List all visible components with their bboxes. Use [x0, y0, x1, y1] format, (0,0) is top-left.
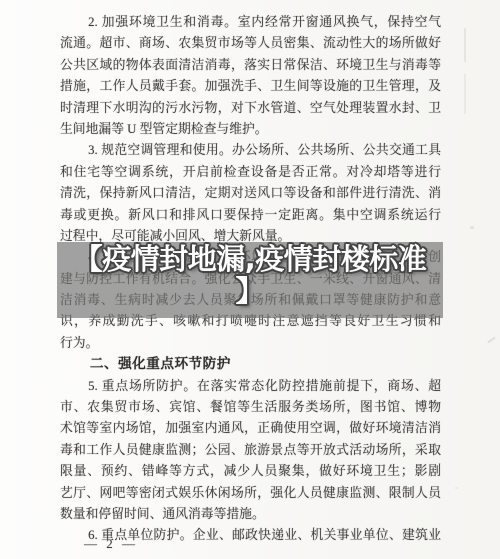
doc-line: 毒或更换。新风口和排风口要保持一定距离。集中空调系统运行 [60, 205, 441, 226]
doc-line: 市、农集贸市场、宾馆、餐馆等生活服务类场所，图书馆、博物馆、美 [60, 397, 441, 418]
scan-artifact [470, 226, 474, 229]
doc-line: 5. 重点场所防护。在落实常态化防控措施前提下，商场、超 [60, 376, 441, 397]
doc-line: 措施，工作人员戴手套。加强洗手、卫生间等设施的卫生管理，及 [60, 76, 441, 97]
doc-line: 2. 加强环境卫生和消毒。室内经常开窗通风换气，保持空气 [60, 12, 441, 33]
doc-line: 流通。超市、商场、农集贸市场等人员密集、流动性大的场所做好 [60, 33, 441, 54]
doc-line: 和住宅等空调系统，开启前检查设备是否正常。对冷却塔等进行 [60, 162, 441, 183]
page-number: — 2 — [84, 536, 138, 552]
watermark-text-line1: 【疫情封地漏,疫情封楼标准 [74, 243, 427, 276]
doc-line: 时清理下水明沟的污水污物，对下水管道、空气处理装置水封、卫 [60, 98, 441, 119]
scan-artifact [464, 28, 466, 62]
scan-artifact [455, 487, 458, 489]
doc-line: 清洗，保持新风口清洁，定期对送风口等设备和部件进行清洗、消 [60, 183, 441, 204]
doc-line: 公共区域的物体表面清洁消毒，落实日常保洁、环境卫生与消毒等 [60, 55, 441, 76]
doc-line: 艺厅、网吧等密闭式娱乐休闲场所，强化人员健康监测、限制人员 [60, 483, 441, 504]
watermark-overlay: 【疫情封地漏,疫情封楼标准 】 [57, 242, 443, 318]
watermark-text-line2: 】 [235, 275, 264, 307]
doc-line: 3. 规范空调管理和使用。办公场所、公共场所、公共交通工具 [60, 140, 441, 161]
section-heading: 二、强化重点环节防护 [60, 354, 441, 375]
doc-line: 术馆等室内场馆，加强室内通风，正确使用空调，做好环境清洁消 [60, 418, 441, 439]
scan-artifact [487, 337, 496, 344]
doc-line: 行为。 [60, 333, 441, 354]
doc-line: 限量、预约、错峰等方式，减少人员聚集，做好环境卫生；影剧院、游 [60, 461, 441, 482]
doc-line: 毒和工作人员健康监测；公园、旅游景点等开放式活动场所，采取 [60, 440, 441, 461]
doc-line: 数量和停留时间、通风消毒等措施。 [60, 504, 441, 525]
scanned-document-page: 2. 加强环境卫生和消毒。室内经常开窗通风换气，保持空气 流通。超市、商场、农集… [0, 0, 500, 559]
scan-artifact [464, 74, 466, 114]
doc-line: 生间地漏等 U 型管定期检查与维护。 [60, 119, 441, 140]
